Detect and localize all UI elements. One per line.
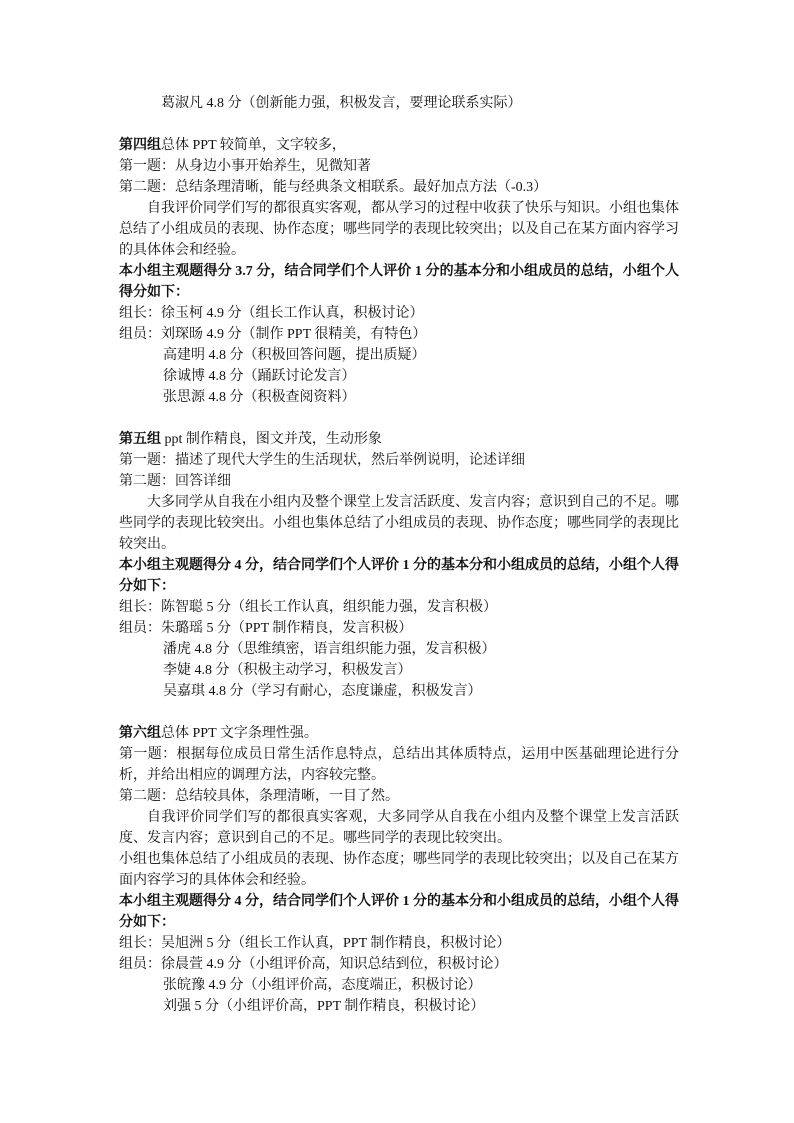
group6-leader: 组长：吴旭洲 5 分（组长工作认真，PPT 制作精良，积极讨论）: [119, 933, 679, 954]
group5-question1: 第一题：描述了现代大学生的生活现状，然后举例说明，论述详细: [119, 450, 679, 471]
group5-self-evaluation: 大多同学从自我在小组内及整个课堂上发言活跃度、发言内容；意识到自己的不足。哪些同…: [119, 492, 679, 555]
group4-score-statement: 本小组主观题得分 3.7 分，结合同学们个人评价 1 分的基本分和小组成员的总结…: [119, 261, 679, 303]
spacer: [119, 114, 679, 135]
group5-member-first: 组员：朱璐瑶 5 分（PPT 制作精良，发言积极）: [119, 618, 679, 639]
group3-member-line: 葛淑凡 4.8 分（创新能力强，积极发言，要理论联系实际）: [119, 93, 679, 114]
spacer: [119, 702, 679, 723]
group6-score-statement: 本小组主观题得分 4 分，结合同学们个人评价 1 分的基本分和小组成员的总结，小…: [119, 891, 679, 933]
group4-member-first: 组员：刘琛旸 4.9 分（制作 PPT 很精美，有特色）: [119, 324, 679, 345]
group4-member: 徐诚博 4.8 分（踊跃讨论发言）: [119, 366, 679, 387]
group6-question1: 第一题：根据每位成员日常生活作息特点，总结出其体质特点，运用中医基础理论进行分析…: [119, 744, 679, 786]
group5-member: 吴嘉琪 4.8 分（学习有耐心，态度谦虚，积极发言）: [119, 681, 679, 702]
document-page: 葛淑凡 4.8 分（创新能力强，积极发言，要理论联系实际） 第四组总体 PPT …: [119, 93, 679, 1017]
group6-question2: 第二题：总结较具体，条理清晰，一目了然。: [119, 786, 679, 807]
group4-question1: 第一题：从身边小事开始养生，见微知著: [119, 156, 679, 177]
group5-score-statement: 本小组主观题得分 4 分，结合同学们个人评价 1 分的基本分和小组成员的总结，小…: [119, 555, 679, 597]
group4-title: 第四组: [119, 138, 161, 153]
group6-header: 第六组总体 PPT 文字条理性强。: [119, 723, 679, 744]
group6-member-first: 组员：徐晨萱 4.9 分（小组评价高，知识总结到位，积极讨论）: [119, 954, 679, 975]
group6-title: 第六组: [119, 726, 161, 741]
group4-self-evaluation: 自我评价同学们写的都很真实客观，都从学习的过程中收获了快乐与知识。小组也集体总结…: [119, 198, 679, 261]
group6-member: 刘强 5 分（小组评价高，PPT 制作精良，积极讨论）: [119, 996, 679, 1017]
group6-section: 第六组总体 PPT 文字条理性强。 第一题：根据每位成员日常生活作息特点，总结出…: [119, 723, 679, 1017]
group5-header: 第五组 ppt 制作精良，图文并茂，生动形象: [119, 429, 679, 450]
group6-member: 张皖豫 4.9 分（小组评价高，态度端正，积极讨论）: [119, 975, 679, 996]
group5-member: 潘虎 4.8 分（思维缜密，语言组织能力强，发言积极）: [119, 639, 679, 660]
spacer: [119, 408, 679, 429]
group4-member: 张思源 4.8 分（积极查阅资料）: [119, 387, 679, 408]
group5-member: 李婕 4.8 分（积极主动学习，积极发言）: [119, 660, 679, 681]
group5-leader: 组长：陈智聪 5 分（组长工作认真，组织能力强，发言积极）: [119, 597, 679, 618]
group5-question2: 第二题：回答详细: [119, 471, 679, 492]
group5-summary: ppt 制作精良，图文并茂，生动形象: [161, 432, 382, 447]
group4-member: 高建明 4.8 分（积极回答问题，提出质疑）: [119, 345, 679, 366]
group4-header: 第四组总体 PPT 较简单，文字较多，: [119, 135, 679, 156]
group5-section: 第五组 ppt 制作精良，图文并茂，生动形象 第一题：描述了现代大学生的生活现状…: [119, 429, 679, 702]
group4-leader: 组长：徐玉柯 4.9 分（组长工作认真，积极讨论）: [119, 303, 679, 324]
group6-collective-summary: 小组也集体总结了小组成员的表现、协作态度；哪些同学的表现比较突出；以及自己在某方…: [119, 849, 679, 891]
group6-summary: 总体 PPT 文字条理性强。: [161, 726, 318, 741]
group4-question2: 第二题：总结条理清晰，能与经典条文相联系。最好加点方法（-0.3）: [119, 177, 679, 198]
group4-summary: 总体 PPT 较简单，文字较多，: [161, 138, 346, 153]
group4-section: 第四组总体 PPT 较简单，文字较多， 第一题：从身边小事开始养生，见微知著 第…: [119, 135, 679, 408]
group6-self-evaluation: 自我评价同学们写的都很真实客观，大多同学从自我在小组内及整个课堂上发言活跃度、发…: [119, 807, 679, 849]
group5-title: 第五组: [119, 432, 161, 447]
